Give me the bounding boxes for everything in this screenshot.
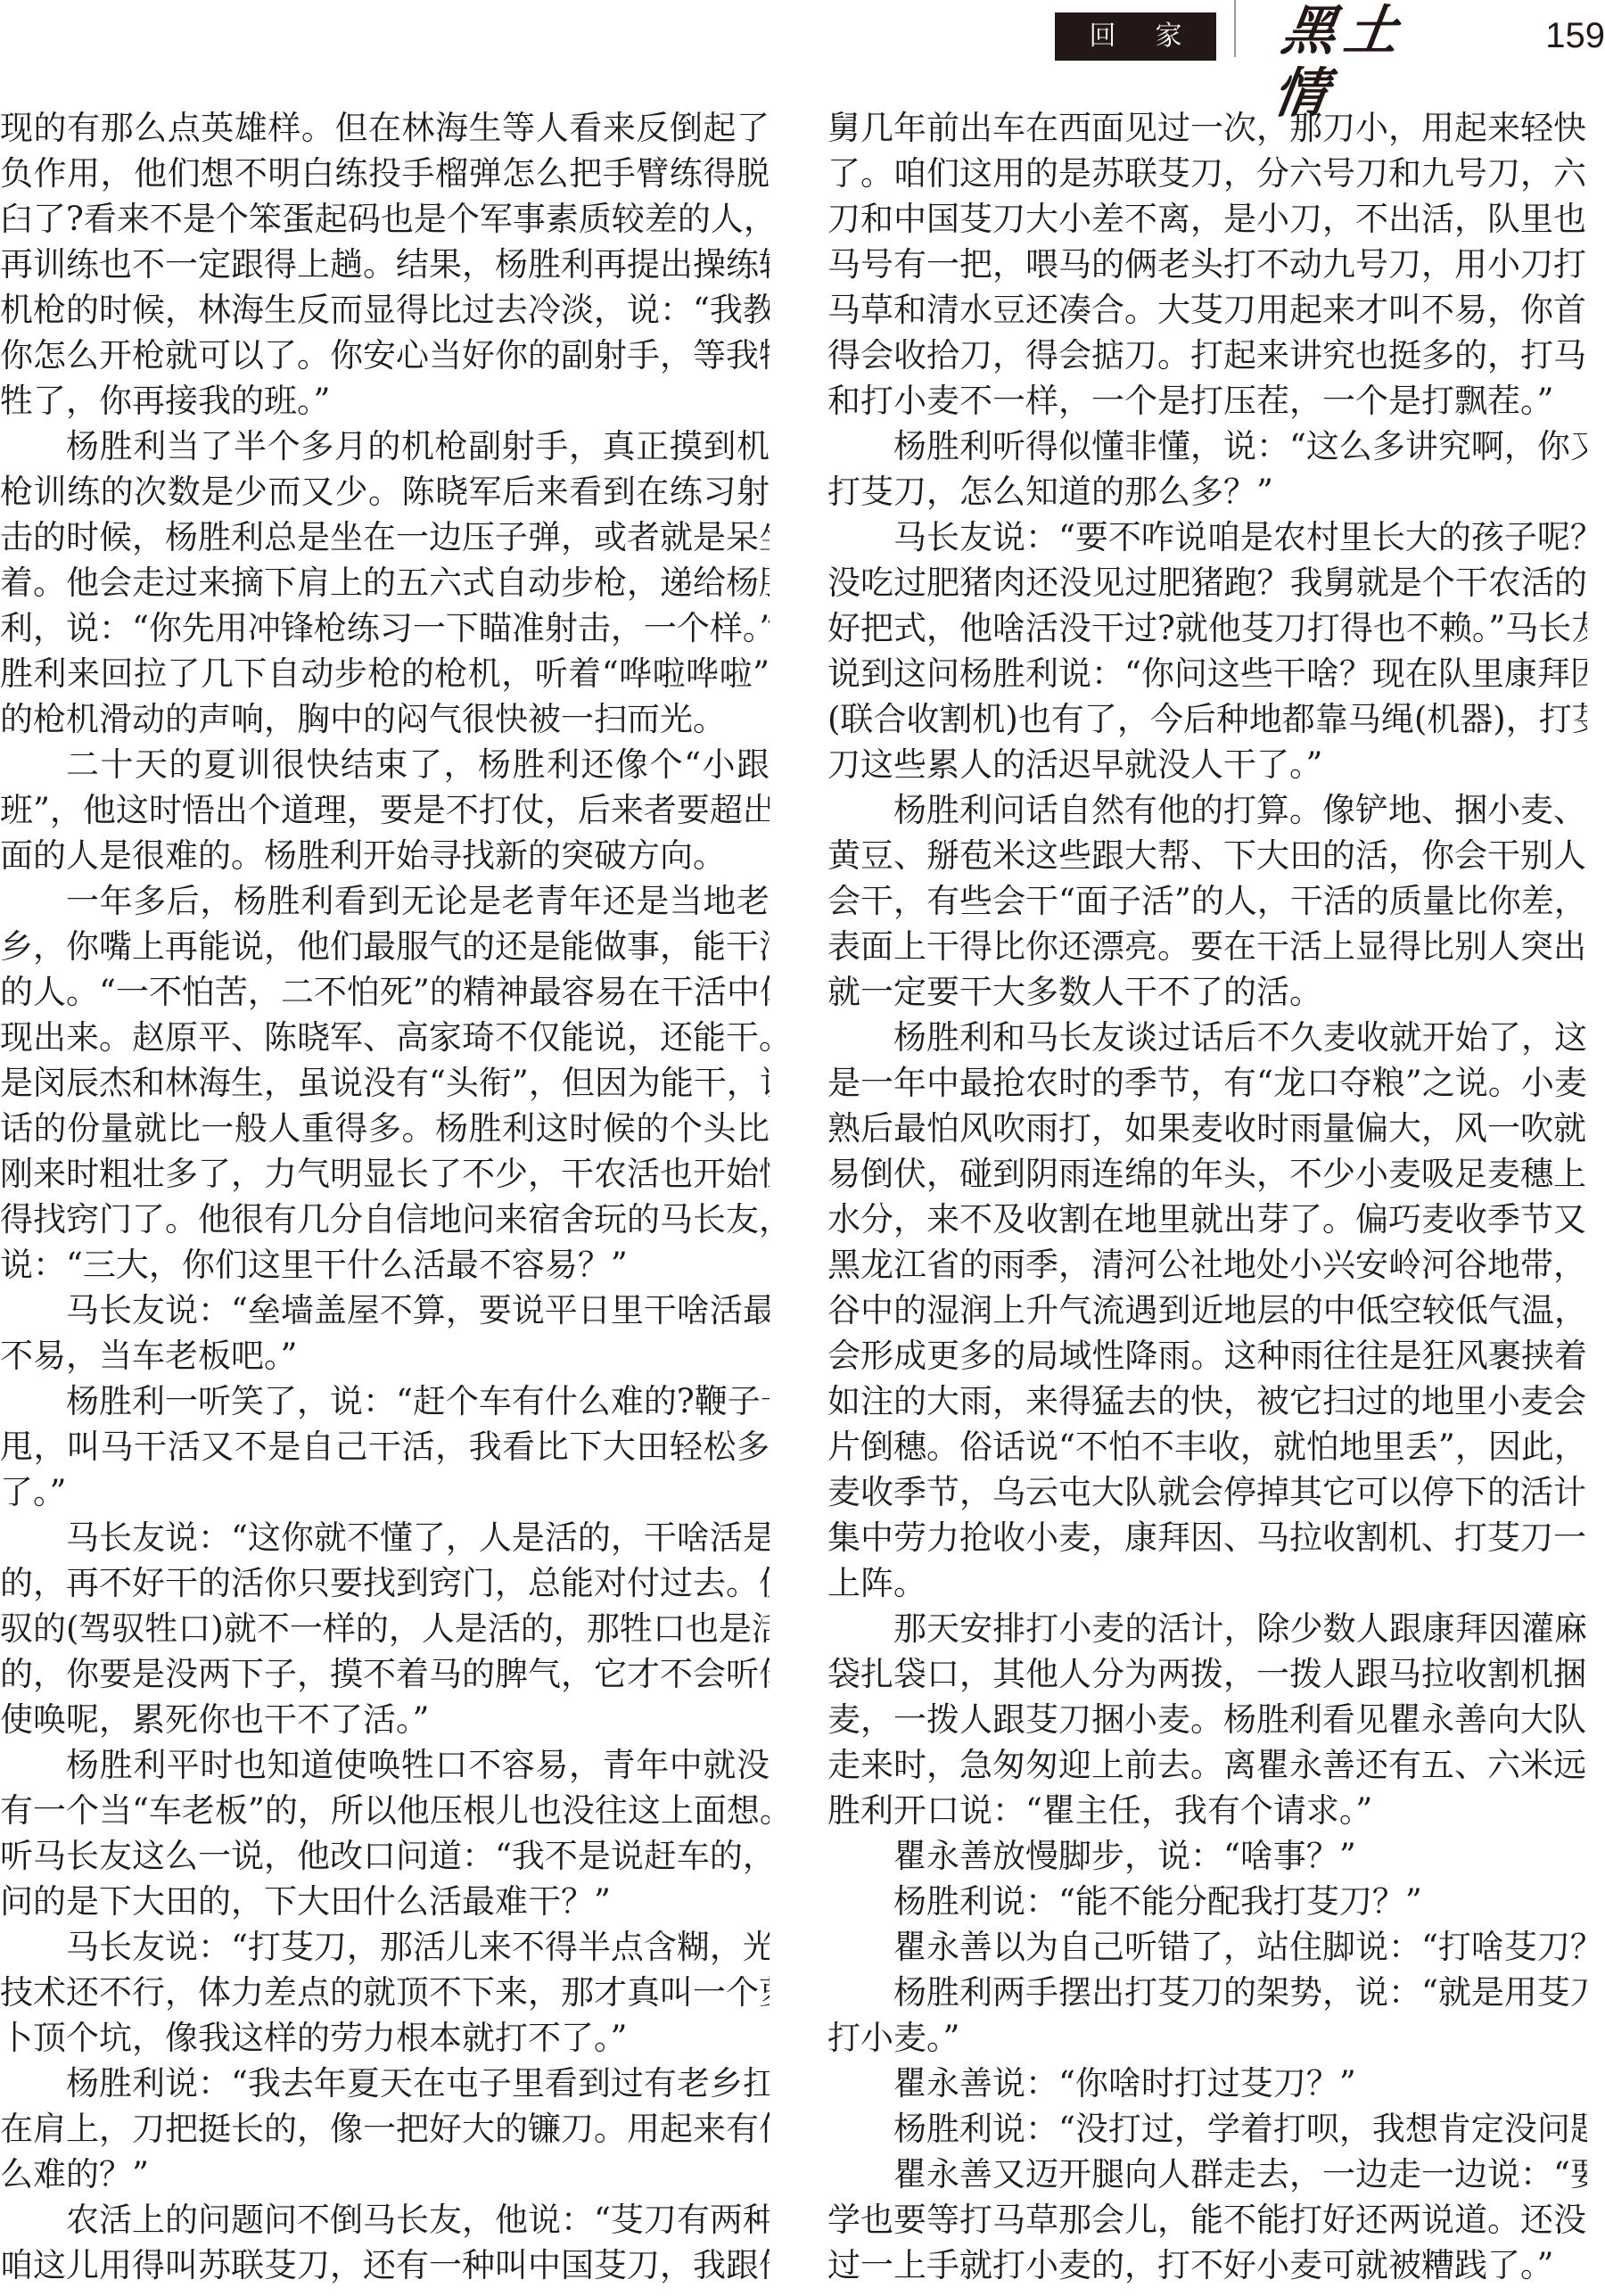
- text-line: 好把式，他啥活没干过?就他芟刀打得也不赖。”马长友: [827, 605, 1587, 651]
- text-line: 马长友说：“要不咋说咱是农村里长大的孩子呢？: [827, 514, 1587, 560]
- text-line: 刀和中国芟刀大小差不离，是小刀，不出活，队里也就: [827, 196, 1587, 242]
- text-line: 打小麦。”: [827, 2015, 1587, 2061]
- text-line: 瞿永善放慢脚步，说：“啥事？”: [827, 1833, 1587, 1879]
- text-line: 表面上干得比你还漂亮。要在干活上显得比别人突出，: [827, 924, 1587, 969]
- text-line: 在肩上，刀把挺长的，像一把好大的镰刀。用起来有什: [0, 2106, 770, 2152]
- text-line: 没吃过肥猪肉还没见过肥猪跑？我舅就是个干农活的: [827, 560, 1587, 605]
- text-line: 易倒伏，碰到阴雨连绵的年头，不少小麦吸足麦穗上的: [827, 1151, 1587, 1197]
- text-line: 负作用，他们想不明白练投手榴弹怎么把手臂练得脱: [0, 151, 770, 196]
- text-line: 枪训练的次数是少而又少。陈晓军后来看到在练习射: [0, 469, 770, 514]
- text-line: 技术还不行，体力差点的就顶不下来，那才真叫一个萝: [0, 1970, 770, 2015]
- text-line: 了。咱们这用的是苏联芟刀，分六号刀和九号刀，六号: [827, 151, 1587, 196]
- text-line: 有一个当“车老板”的，所以他压根儿也没往这上面想。: [0, 1788, 770, 1833]
- text-line: 话的份量就比一般人重得多。杨胜利这时候的个头比: [0, 1106, 770, 1151]
- text-line: 杨胜利说：“能不能分配我打芟刀？”: [827, 1879, 1587, 1924]
- text-line: 会形成更多的局域性降雨。这种雨往往是狂风裹挟着: [827, 1333, 1587, 1378]
- text-line: 杨胜利两手摆出打芟刀的架势，说：“就是用芟刀: [827, 1970, 1587, 2015]
- text-line: 胜利来回拉了几下自动步枪的枪机，听着“哗啦哗啦”: [0, 651, 770, 696]
- text-line: 谷中的湿润上升气流遇到近地层的中低空较低气温，: [827, 1288, 1587, 1333]
- text-line: 二十天的夏训很快结束了，杨胜利还像个“小跟: [0, 742, 770, 787]
- text-line: 说到这问杨胜利说：“你问这些干啥？现在队里康拜因: [827, 651, 1587, 696]
- text-line: 一年多后，杨胜利看到无论是老青年还是当地老: [0, 878, 770, 924]
- text-line: 刚来时粗壮多了，力气明显长了不少，干农活也开始懂: [0, 1151, 770, 1197]
- text-line: 集中劳力抢收小麦，康拜因、马拉收割机、打芟刀一起: [827, 1515, 1587, 1560]
- text-line: 瞿永善又迈开腿向人群走去，一边走一边说：“要: [827, 2152, 1587, 2197]
- text-line: 瞿永善说：“你啥时打过芟刀？”: [827, 2061, 1587, 2106]
- text-column-left: 现的有那么点英雄样。但在林海生等人看来反倒起了负作用，他们想不明白练投手榴弹怎么…: [0, 105, 770, 2288]
- text-line: 杨胜利说：“我去年夏天在屯子里看到过有老乡扛: [0, 2061, 770, 2106]
- text-line: 咱这儿用得叫苏联芟刀，还有一种叫中国芟刀，我跟俺: [0, 2243, 770, 2288]
- text-line: 驭的(驾驭牲口)就不一样的，人是活的，那牲口也是活: [0, 1606, 770, 1651]
- text-line: 走来时，急匆匆迎上前去。离瞿永善还有五、六米远，杨: [827, 1742, 1587, 1788]
- text-line: 马长友说：“打芟刀，那活儿来不得半点含糊，光有: [0, 1924, 770, 1970]
- text-line: 机枪的时候，林海生反而显得比过去冷淡，说：“我教会: [0, 287, 770, 333]
- text-line: 的枪机滑动的声响，胸中的闷气很快被一扫而光。: [0, 696, 770, 742]
- section-tag-char: 家: [1156, 12, 1182, 61]
- text-line: 是一年中最抢农时的季节，有“龙口夺粮”之说。小麦成: [827, 1060, 1587, 1106]
- text-line: 舅几年前出车在西面见过一次，那刀小，用起来轻快多: [827, 105, 1587, 151]
- text-line: 就一定要干大多数人干不了的活。: [827, 969, 1587, 1015]
- text-line: 过一上手就打小麦的，打不好小麦可就被糟践了。”: [827, 2243, 1587, 2288]
- section-tag: 回 家: [1055, 12, 1216, 61]
- text-line: 杨胜利一听笑了，说：“赶个车有什么难的?鞭子一: [0, 1378, 770, 1424]
- text-line: 胜利开口说：“瞿主任，我有个请求。”: [827, 1788, 1587, 1833]
- text-line: 班”，他这时悟出个道理，要是不打仗，后来者要超出前: [0, 787, 770, 833]
- text-line: 说：“三大，你们这里干什么活最不容易？”: [0, 1242, 770, 1288]
- text-line: 卜顶个坑，像我这样的劳力根本就打不了。”: [0, 2015, 770, 2061]
- text-line: 是闵辰杰和林海生，虽说没有“头衔”，但因为能干，说: [0, 1060, 770, 1106]
- text-line: 打芟刀，怎么知道的那么多？”: [827, 469, 1587, 514]
- text-line: 黄豆、掰苞米这些跟大帮、下大田的活，你会干别人也: [827, 833, 1587, 878]
- text-line: 面的人是很难的。杨胜利开始寻找新的突破方向。: [0, 833, 770, 878]
- text-line: 杨胜利问话自然有他的打算。像铲地、捆小麦、割: [827, 787, 1587, 833]
- text-line: 听马长友这么一说，他改口问道：“我不是说赶车的，我: [0, 1833, 770, 1879]
- text-line: 瞿永善以为自己听错了，站住脚说：“打啥芟刀？”: [827, 1924, 1587, 1970]
- text-line: 乡，你嘴上再能说，他们最服气的还是能做事，能干活: [0, 924, 770, 969]
- text-line: 杨胜利听得似懂非懂，说：“这么多讲究啊，你又不: [827, 424, 1587, 469]
- page-number: 159: [1544, 16, 1605, 55]
- text-line: 再训练也不一定跟得上趟。结果，杨胜利再提出操练轻: [0, 242, 770, 287]
- text-line: 着。他会走过来摘下肩上的五六式自动步枪，递给杨胜: [0, 560, 770, 605]
- text-line: 片倒穗。俗话说“不怕不丰收，就怕地里丢”，因此，每到: [827, 1424, 1587, 1469]
- text-line: 和打小麦不一样，一个是打压茬，一个是打飘茬。”: [827, 378, 1587, 424]
- section-tag-char: 回: [1090, 12, 1116, 61]
- text-line: 利，说：“你先用冲锋枪练习一下瞄准射击，一个样。”杨: [0, 605, 770, 651]
- text-line: 使唤呢，累死你也干不了活。”: [0, 1697, 770, 1742]
- text-line: 刀这些累人的活迟早就没人干了。”: [827, 742, 1587, 787]
- text-line: 得会收拾刀，得会掂刀。打起来讲究也挺多的，打马草: [827, 333, 1587, 378]
- text-column-right: 舅几年前出车在西面见过一次，那刀小，用起来轻快多了。咱们这用的是苏联芟刀，分六号…: [827, 105, 1587, 2288]
- text-line: 的，你要是没两下子，摸不着马的脾气，它才不会听你: [0, 1651, 770, 1697]
- text-line: 学也要等打马草那会儿，能不能打好还两说道。还没见: [827, 2197, 1587, 2243]
- text-line: 杨胜利和马长友谈过话后不久麦收就开始了，这: [827, 1015, 1587, 1060]
- text-line: 如注的大雨，来得猛去的快，被它扫过的地里小麦会成: [827, 1378, 1587, 1424]
- text-line: 的，再不好干的活你只要找到窍门，总能对付过去。使: [0, 1560, 770, 1606]
- text-line: 现的有那么点英雄样。但在林海生等人看来反倒起了: [0, 105, 770, 151]
- text-line: 现出来。赵原平、陈晓军、高家琦不仅能说，还能干。就: [0, 1015, 770, 1060]
- text-line: 甩，叫马干活又不是自己干活，我看比下大田轻松多: [0, 1424, 770, 1469]
- magazine-title-logo: 黑土情: [1278, 0, 1469, 62]
- text-line: 马长友说：“垒墙盖屋不算，要说平日里干啥活最: [0, 1288, 770, 1333]
- text-line: 袋扎袋口，其他人分为两拨，一拨人跟马拉收割机捆小: [827, 1651, 1587, 1697]
- text-line: 上阵。: [827, 1560, 1587, 1606]
- text-line: 问的是下大田的，下大田什么活最难干？”: [0, 1879, 770, 1924]
- text-line: 了。”: [0, 1469, 770, 1515]
- text-line: 麦收季节，乌云屯大队就会停掉其它可以停下的活计，: [827, 1469, 1587, 1515]
- text-line: 得找窍门了。他很有几分自信地问来宿舍玩的马长友，: [0, 1197, 770, 1242]
- text-line: 那天安排打小麦的活计，除少数人跟康拜因灌麻: [827, 1606, 1587, 1651]
- text-line: 麦，一拨人跟芟刀捆小麦。杨胜利看见瞿永善向大队部: [827, 1697, 1587, 1742]
- text-line: 牲了，你再接我的班。”: [0, 378, 770, 424]
- text-line: 你怎么开枪就可以了。你安心当好你的副射手，等我牺: [0, 333, 770, 378]
- text-line: 会干，有些会干“面子活”的人，干活的质量比你差，可: [827, 878, 1587, 924]
- text-line: 水分，来不及收割在地里就出芽了。偏巧麦收季节又是: [827, 1197, 1587, 1242]
- text-line: 杨胜利说：“没打过，学着打呗，我想肯定没问题。”: [827, 2106, 1587, 2152]
- text-line: 击的时候，杨胜利总是坐在一边压子弹，或者就是呆坐: [0, 514, 770, 560]
- text-line: 杨胜利当了半个多月的机枪副射手，真正摸到机: [0, 424, 770, 469]
- text-line: 不易，当车老板吧。”: [0, 1333, 770, 1378]
- text-line: 臼了?看来不是个笨蛋起码也是个军事素质较差的人，: [0, 196, 770, 242]
- text-line: 农活上的问题问不倒马长友，他说：“芟刀有两种，: [0, 2197, 770, 2243]
- text-line: (联合收割机)也有了，今后种地都靠马绳(机器)，打芟: [827, 696, 1587, 742]
- text-line: 熟后最怕风吹雨打，如果麦收时雨量偏大，风一吹就容: [827, 1106, 1587, 1151]
- text-line: 黑龙江省的雨季，清河公社地处小兴安岭河谷地带，河: [827, 1242, 1587, 1288]
- text-line: 马长友说：“这你就不懂了，人是活的，干啥活是死: [0, 1515, 770, 1560]
- text-line: 么难的？”: [0, 2152, 770, 2197]
- header-divider: [1234, 0, 1236, 57]
- text-line: 杨胜利平时也知道使唤牲口不容易，青年中就没: [0, 1742, 770, 1788]
- text-line: 马草和清水豆还凑合。大芟刀用起来才叫不易，你首先: [827, 287, 1587, 333]
- text-line: 马号有一把，喂马的俩老头打不动九号刀，用小刀打打: [827, 242, 1587, 287]
- text-line: 的人。“一不怕苦，二不怕死”的精神最容易在干活中体: [0, 969, 770, 1015]
